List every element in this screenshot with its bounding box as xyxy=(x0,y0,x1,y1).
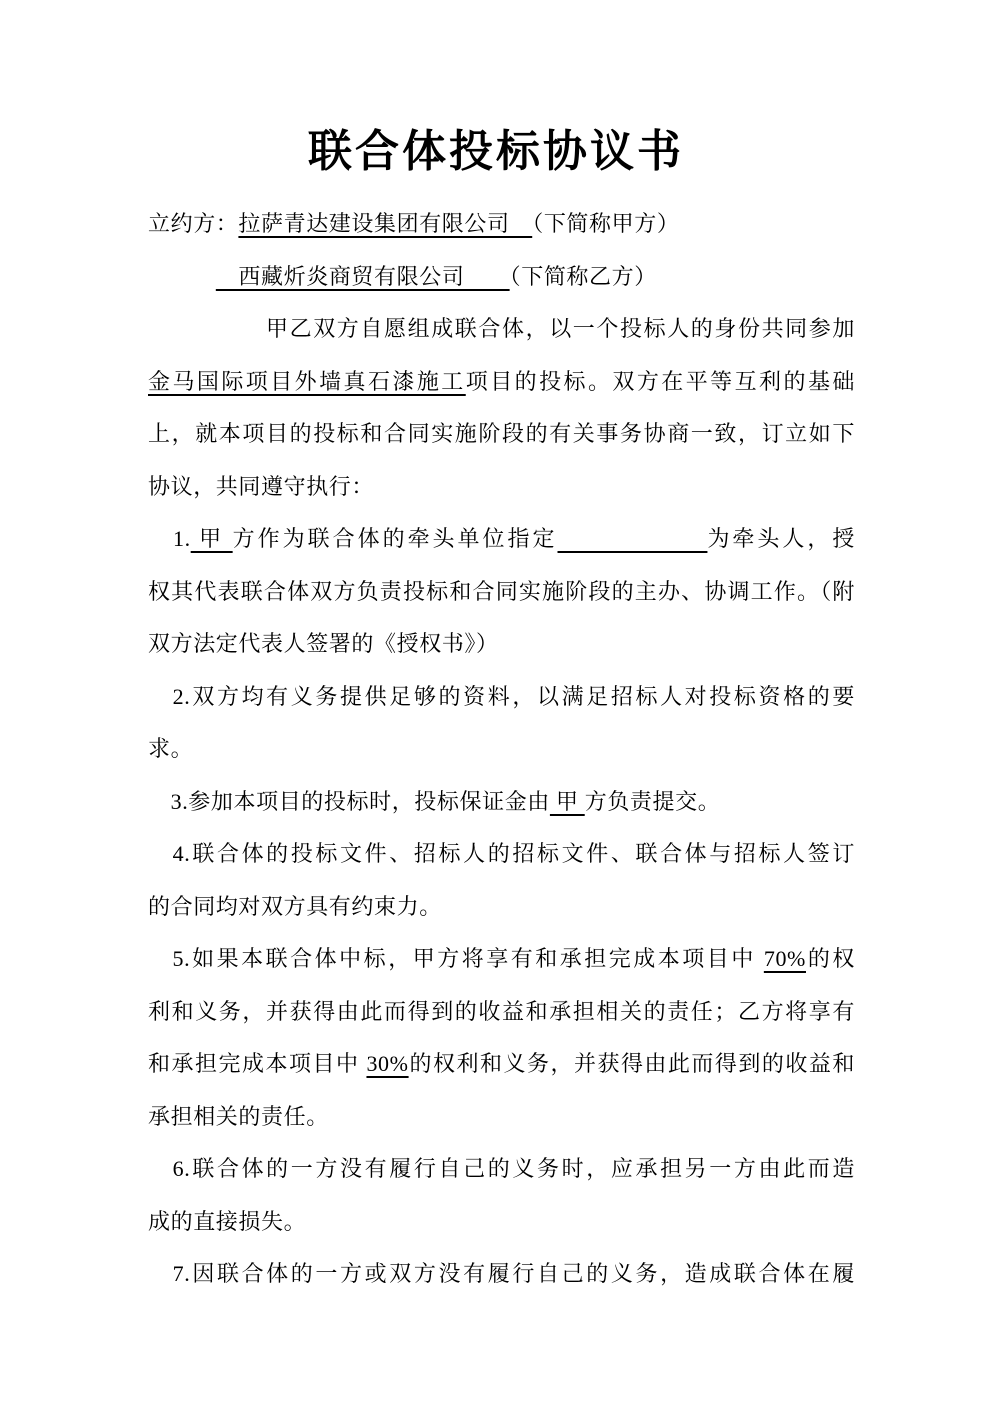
clause-5-line-1: 5.如果本联合体中标，甲方将享有和承担完成本项目中 70%的权 xyxy=(148,933,855,986)
text-segment: 求。 xyxy=(148,736,193,761)
preamble-line-1: 甲乙双方自愿组成联合体，以一个投标人的身份共同参加 xyxy=(148,303,855,356)
text-segment: 6.联合体的一方没有履行自己的义务时，应承担另一方由此而造 xyxy=(148,1156,855,1181)
party-b-alias: （下简称乙方） xyxy=(510,264,657,289)
clause-4-line-1: 4.联合体的投标文件、招标人的招标文件、联合体与招标人签订 xyxy=(148,828,855,881)
text-segment: 的权 xyxy=(806,946,855,971)
clause-1-line-1: 1. 甲 方作为联合体的牵头单位指定 为牵头人，授 xyxy=(148,513,855,566)
clause-1-line-3: 双方法定代表人签署的《授权书》） xyxy=(148,618,855,671)
preamble-line-4: 协议，共同遵守执行： xyxy=(148,461,855,514)
text-segment: 承担相关的责任。 xyxy=(148,1104,329,1129)
clause-5-line-4: 承担相关的责任。 xyxy=(148,1091,855,1144)
party-a-share: 70% xyxy=(764,946,806,971)
text-segment: 双方法定代表人签署的《授权书》） xyxy=(148,631,499,656)
project-name: 金马国际项目外墙真石漆施工 xyxy=(148,369,466,394)
text-segment: 的权利和义务，并获得由此而得到的收益和 xyxy=(409,1051,855,1076)
text-segment: 方作为联合体的牵头单位指定 xyxy=(233,526,558,551)
lead-party-ref: 甲 xyxy=(191,526,233,551)
party-a-alias: （下简称甲方） xyxy=(532,211,679,236)
document-page: 联合体投标协议书 立约方：拉萨青达建设集团有限公司 （下简称甲方） 西藏炘炎商贸… xyxy=(0,0,992,1403)
deposit-party-ref: 甲 xyxy=(550,789,585,814)
party-a-name: 拉萨青达建设集团有限公司 xyxy=(238,211,532,236)
clause-2-line-2: 求。 xyxy=(148,723,855,776)
text-segment: 上，就本项目的投标和合同实施阶段的有关事务协商一致，订立如下 xyxy=(148,421,855,446)
clause-5-line-2: 利和义务，并获得由此而得到的收益和承担相关的责任；乙方将享有 xyxy=(148,986,855,1039)
text-segment: 2.双方均有义务提供足够的资料，以满足招标人对投标资格的要 xyxy=(148,684,855,709)
party-b-share: 30% xyxy=(366,1051,408,1076)
text-segment: 为牵头人，授 xyxy=(707,526,855,551)
clause-5-line-3: 和承担完成本项目中 30%的权利和义务，并获得由此而得到的收益和 xyxy=(148,1038,855,1091)
preamble-line-3: 上，就本项目的投标和合同实施阶段的有关事务协商一致，订立如下 xyxy=(148,408,855,461)
text-segment: 项目的投标。双方在平等互利的基础 xyxy=(466,369,855,394)
clause-4-line-2: 的合同均对双方具有约束力。 xyxy=(148,881,855,934)
parties-line-1: 立约方：拉萨青达建设集团有限公司 （下简称甲方） xyxy=(148,198,855,251)
clause-6-line-2: 成的直接损失。 xyxy=(148,1196,855,1249)
text-segment: 利和义务，并获得由此而得到的收益和承担相关的责任；乙方将享有 xyxy=(148,999,855,1024)
text-segment: 权其代表联合体双方负责投标和合同实施阶段的主办、协调工作。（附 xyxy=(148,579,855,604)
document-title: 联合体投标协议书 xyxy=(0,124,992,180)
text-segment: 5.如果本联合体中标，甲方将享有和承担完成本项目中 xyxy=(148,946,764,971)
leader-name-blank xyxy=(558,526,708,551)
parties-label: 立约方： xyxy=(148,211,238,236)
text-segment: 甲乙双方自愿组成联合体，以一个投标人的身份共同参加 xyxy=(148,316,855,341)
clause-1-line-2: 权其代表联合体双方负责投标和合同实施阶段的主办、协调工作。（附 xyxy=(148,566,855,619)
text-segment: 3.参加本项目的投标时，投标保证金由 xyxy=(148,789,550,814)
party-b-name: 西藏炘炎商贸有限公司 xyxy=(216,264,510,289)
text-segment: 方负责提交。 xyxy=(585,789,721,814)
text-segment: 协议，共同遵守执行： xyxy=(148,474,374,499)
clause-7-line-1: 7.因联合体的一方或双方没有履行自己的义务，造成联合体在履 xyxy=(148,1248,855,1301)
text-segment: 4.联合体的投标文件、招标人的招标文件、联合体与招标人签订 xyxy=(148,841,855,866)
document-body: 立约方：拉萨青达建设集团有限公司 （下简称甲方） 西藏炘炎商贸有限公司 （下简称… xyxy=(148,198,855,1301)
clause-2-line-1: 2.双方均有义务提供足够的资料，以满足招标人对投标资格的要 xyxy=(148,671,855,724)
preamble-line-2: 金马国际项目外墙真石漆施工项目的投标。双方在平等互利的基础 xyxy=(148,356,855,409)
clause-6-line-1: 6.联合体的一方没有履行自己的义务时，应承担另一方由此而造 xyxy=(148,1143,855,1196)
text-segment: 7.因联合体的一方或双方没有履行自己的义务，造成联合体在履 xyxy=(148,1261,855,1286)
text-segment: 成的直接损失。 xyxy=(148,1209,306,1234)
text-segment: 和承担完成本项目中 xyxy=(148,1051,366,1076)
clause-3-line-1: 3.参加本项目的投标时，投标保证金由 甲 方负责提交。 xyxy=(148,776,855,829)
text-segment xyxy=(148,264,216,289)
text-segment: 的合同均对双方具有约束力。 xyxy=(148,894,442,919)
parties-line-2: 西藏炘炎商贸有限公司 （下简称乙方） xyxy=(148,251,855,304)
text-segment: 1. xyxy=(148,526,191,551)
